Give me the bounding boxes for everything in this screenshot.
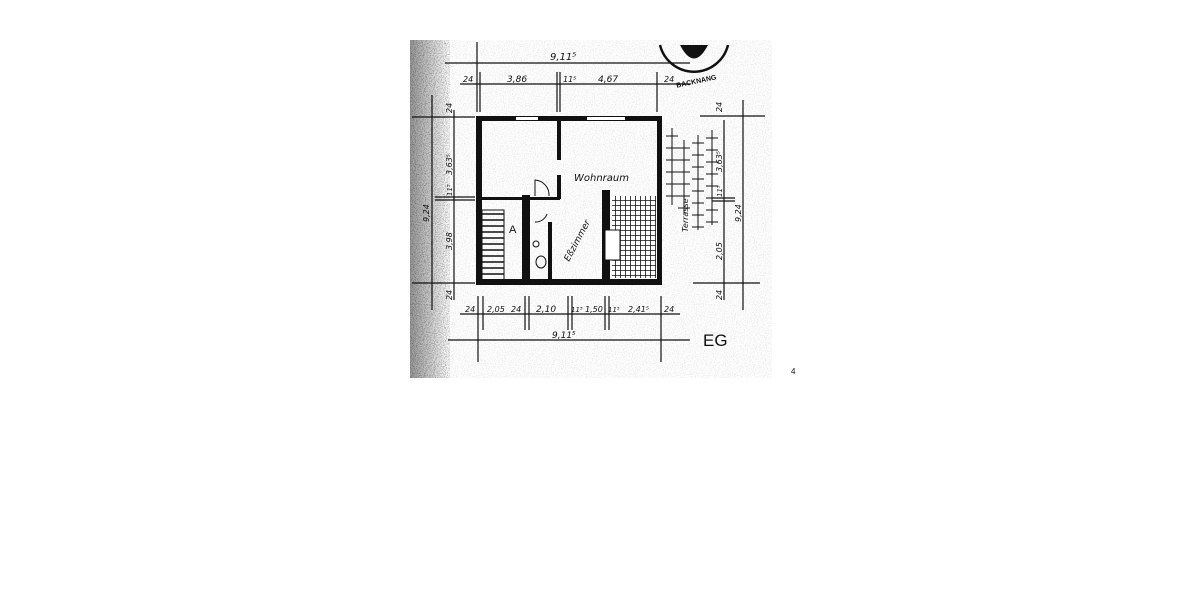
dim-right-seg-2: 3,63⁵ bbox=[715, 151, 724, 172]
dim-bottom-seg-7: 11⁵ bbox=[608, 306, 620, 314]
dim-bottom-seg-2: 2,05 bbox=[487, 305, 505, 314]
dim-right-seg-1: 24 bbox=[715, 102, 724, 112]
dim-top-seg-5: 24 bbox=[664, 75, 674, 84]
dim-left-seg-3: 11⁵ bbox=[446, 184, 454, 196]
dim-bottom-seg-6: 1,50 bbox=[585, 305, 603, 314]
dim-bottom-seg-3: 24 bbox=[511, 305, 521, 314]
page-mark: 4 bbox=[791, 367, 796, 376]
kitchen-tiled-area bbox=[605, 196, 656, 278]
dim-bottom-seg-5: 11⁵ bbox=[571, 306, 583, 314]
dim-top-seg-1: 24 bbox=[463, 75, 473, 84]
svg-text:A: A bbox=[509, 224, 517, 236]
dim-left-overall: 9,24 bbox=[422, 204, 431, 222]
room-label-wohnraum: Wohnraum bbox=[574, 173, 629, 184]
dim-left-seg-2: 3,63⁵ bbox=[445, 154, 454, 175]
dim-bottom-seg-8: 2,41⁵ bbox=[628, 305, 649, 314]
dim-right-seg-4: 2,05 bbox=[715, 242, 724, 260]
room-label-terrasse: Terrasse bbox=[681, 198, 690, 232]
floor-label: EG bbox=[703, 331, 728, 350]
dim-bottom-seg-1: 24 bbox=[465, 305, 475, 314]
dim-top-overall: 9,11⁵ bbox=[550, 52, 576, 63]
dim-top-seg-3: 11⁵ bbox=[563, 75, 576, 84]
dim-top-seg-4: 4,67 bbox=[598, 75, 618, 85]
dim-left-seg-4: 3,98 bbox=[445, 232, 454, 250]
dim-right-seg-3: 11⁵ bbox=[716, 185, 724, 197]
dim-left-seg-5: 24 bbox=[445, 290, 454, 300]
dim-bottom-overall: 9,11⁵ bbox=[552, 331, 576, 341]
dim-right-seg-5: 24 bbox=[715, 290, 724, 300]
dim-bottom-seg-4: 2,10 bbox=[536, 305, 556, 315]
dim-bottom-seg-9: 24 bbox=[664, 305, 674, 314]
dim-left-seg-1: 24 bbox=[445, 103, 454, 113]
scanned-page bbox=[410, 40, 772, 378]
floor-plan-drawing: BACKNANG bbox=[0, 0, 1200, 600]
dim-right-overall: 9,24 bbox=[734, 204, 743, 222]
dim-top-seg-2: 3,86 bbox=[507, 75, 527, 85]
